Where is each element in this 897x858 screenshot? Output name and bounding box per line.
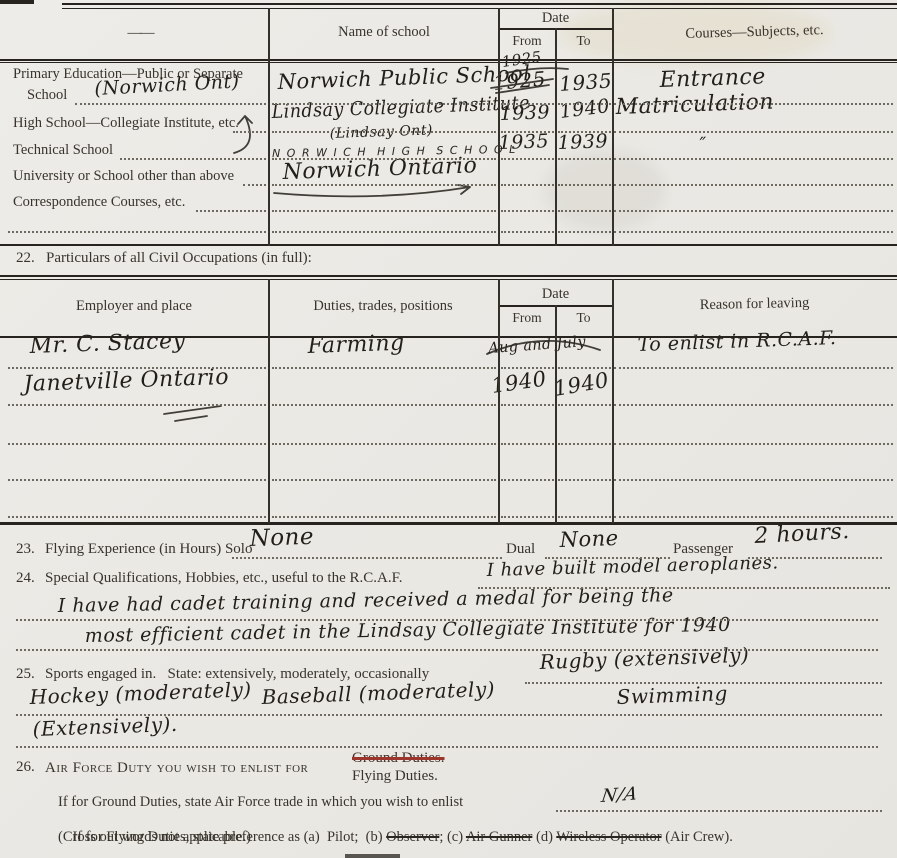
dotted-rule: [501, 103, 554, 105]
dotted-rule: [8, 516, 266, 518]
hw-high-school-name: Lindsay Collegiate Institute: [271, 94, 530, 122]
dotted-rule: [558, 131, 611, 133]
q26-flying-end: (Air Crew).: [662, 829, 733, 845]
hw-ground-na: N/A: [600, 785, 639, 806]
hw-sport-hockey: Hockey (moderately): [29, 679, 252, 707]
table-rule: [268, 8, 270, 246]
dotted-rule: [614, 158, 893, 160]
dotted-rule: [501, 184, 554, 186]
dotted-rule: [614, 131, 893, 133]
hw-solo: None: [249, 526, 314, 551]
edu-col-to: To: [555, 33, 612, 49]
q24-label: Special Qualifications, Hobbies, etc., u…: [45, 570, 403, 587]
edu-col-date: Date: [499, 10, 612, 27]
q23-label: Flying Experience (in Hours) Solo: [45, 541, 252, 558]
dotted-rule: [8, 443, 266, 445]
dotted-rule: [272, 516, 496, 518]
hw-course-ditto: ″: [699, 136, 707, 154]
hw-from-3: 1935: [498, 132, 549, 153]
table-rule: [498, 8, 500, 246]
table-rule: [0, 0, 34, 4]
dotted-rule: [614, 103, 893, 105]
scanned-enlistment-form: —— Name of school Date From To Courses—S…: [0, 0, 897, 858]
dotted-rule: [501, 516, 554, 518]
hw-to-3: 1939: [557, 132, 608, 153]
dotted-rule: [272, 103, 496, 105]
dotted-rule: [558, 404, 611, 406]
hw-employer-name: Mr. C. Stacey: [29, 331, 186, 358]
dotted-rule: [75, 103, 266, 105]
underline-norwich-ontario: [274, 185, 470, 196]
dotted-rule: [232, 557, 502, 559]
q22-title: Particulars of all Civil Occupations (in…: [46, 250, 312, 267]
dotted-rule: [16, 714, 882, 716]
q25-number: 25.: [16, 666, 35, 683]
q26-flying-mid1: ; (c): [439, 829, 466, 845]
q26-struck-air-gunner: Air Gunner: [466, 829, 532, 845]
hw-employer-place: Janetville Ontario: [23, 367, 229, 396]
q26-label: Air Force Duty you wish to enlist for: [45, 760, 308, 777]
hw-course-matriculation: Matriculation: [615, 91, 774, 119]
hw-occupation-to: 1940: [552, 370, 610, 400]
dotted-rule: [272, 158, 496, 160]
dotted-rule: [558, 479, 611, 481]
dotted-rule: [558, 210, 611, 212]
dotted-rule: [501, 231, 554, 233]
dotted-rule: [614, 184, 893, 186]
dotted-rule: [501, 367, 554, 369]
table-rule: [555, 28, 557, 246]
dotted-rule: [545, 557, 670, 559]
q26-option-ground-duties: Ground Duties.: [352, 750, 445, 767]
dotted-rule: [558, 516, 611, 518]
dotted-rule: [501, 404, 554, 406]
edu-label-technical: Technical School: [13, 142, 113, 159]
table-rule: [612, 279, 614, 523]
table-rule: [498, 279, 500, 523]
underline-janetville: [164, 406, 221, 421]
hw-to-1: 1935: [559, 70, 613, 94]
edu-col-blank-dash: ——: [60, 25, 220, 42]
dotted-rule: [501, 131, 554, 133]
dotted-rule: [120, 158, 266, 160]
q22-col-employer: Employer and place: [0, 298, 268, 315]
table-rule: [0, 336, 897, 338]
q22-col-to: To: [555, 310, 612, 326]
q24-number: 24.: [16, 570, 35, 587]
dotted-rule: [272, 367, 496, 369]
dotted-rule: [614, 231, 893, 233]
hw-sport-swimming: Swimming: [616, 683, 728, 707]
q22-col-date: Date: [499, 286, 612, 303]
hw-reason-leaving: To enlist in R.C.A.F.: [637, 329, 836, 355]
hw-sport-baseball: Baseball (moderately): [261, 679, 495, 707]
table-rule: [0, 244, 897, 246]
hw-course-entrance: Entrance: [659, 66, 766, 92]
bottom-edge-fragment: [345, 854, 400, 858]
hw-dual: None: [559, 528, 619, 551]
hw-from-struck: 1925: [492, 68, 546, 93]
hw-from-2: 1939: [499, 103, 550, 124]
dotted-rule: [8, 404, 266, 406]
dotted-rule: [525, 682, 882, 684]
edu-label-university: University or School other than above: [13, 168, 234, 185]
dotted-rule: [8, 231, 266, 233]
q23-dual-label: Dual: [506, 541, 535, 558]
dotted-rule: [501, 158, 554, 160]
q22-col-from: From: [499, 310, 555, 326]
q22-col-duties: Duties, trades, positions: [268, 298, 498, 315]
dotted-rule: [556, 810, 882, 812]
dotted-rule: [233, 131, 266, 133]
q26-flying-mid2: (d): [532, 829, 556, 845]
q26-crossout-note: (Cross out words not applicable.): [58, 829, 251, 846]
table-rule: [0, 279, 897, 280]
dotted-rule: [16, 746, 878, 748]
dotted-rule: [501, 479, 554, 481]
dotted-rule: [558, 103, 611, 105]
table-rule: [62, 3, 897, 5]
dotted-rule: [272, 479, 496, 481]
q22-col-reason: Reason for leaving: [612, 293, 897, 316]
dotted-rule: [272, 404, 496, 406]
edu-col-name-of-school: Name of school: [270, 24, 498, 41]
table-rule: [0, 275, 897, 277]
dotted-rule: [272, 231, 496, 233]
q26-number: 26.: [16, 759, 35, 776]
dotted-rule: [614, 210, 893, 212]
hw-passenger: 2 hours.: [754, 521, 850, 548]
dotted-rule: [8, 479, 266, 481]
q23-number: 23.: [16, 541, 35, 558]
dotted-rule: [272, 210, 496, 212]
dotted-rule: [272, 443, 496, 445]
dotted-rule: [16, 619, 878, 621]
dotted-rule: [614, 443, 893, 445]
dotted-rule: [272, 131, 496, 133]
dotted-rule: [558, 184, 611, 186]
dotted-rule: [558, 367, 611, 369]
table-rule: [555, 305, 557, 523]
dotted-rule: [748, 557, 882, 559]
hw-sport-extensively: (Extensively).: [32, 714, 178, 739]
dotted-rule: [501, 443, 554, 445]
dotted-rule: [272, 184, 496, 186]
dotted-rule: [478, 587, 890, 589]
dotted-rule: [196, 210, 266, 212]
q26-option-flying-duties: Flying Duties.: [352, 768, 438, 785]
table-rule: [0, 62, 897, 63]
dotted-rule: [243, 184, 266, 186]
hw-to-2: 1940: [559, 97, 611, 122]
table-rule: [268, 279, 270, 523]
dotted-rule: [614, 404, 893, 406]
hw-qualifications-2: I have had cadet training and received a…: [58, 586, 674, 616]
edu-col-from: From: [499, 33, 555, 49]
q26-struck-observer: Observer: [386, 829, 439, 845]
dotted-rule: [558, 443, 611, 445]
table-rule: [62, 8, 897, 9]
dotted-rule: [614, 367, 893, 369]
table-rule: [0, 59, 897, 61]
dotted-rule: [16, 649, 878, 651]
dotted-rule: [558, 158, 611, 160]
scan-smudge: [545, 150, 665, 230]
q22-number: 22.: [16, 250, 35, 267]
dotted-rule: [558, 231, 611, 233]
dotted-rule: [614, 479, 893, 481]
dotted-rule: [614, 516, 893, 518]
q26-struck-wireless-operator: Wireless Operator: [556, 829, 661, 845]
table-rule: [0, 522, 897, 525]
dotted-rule: [8, 367, 266, 369]
hw-primary-place: (Norwich Ont): [94, 72, 240, 99]
edu-label-high-school: High School—Collegiate Institute, etc.: [13, 115, 239, 132]
edu-label-primary-line2: School: [27, 87, 67, 104]
dotted-rule: [501, 210, 554, 212]
edu-label-correspondence: Correspondence Courses, etc.: [13, 194, 185, 211]
q26-ground-question: If for Ground Duties, state Air Force tr…: [58, 794, 463, 811]
